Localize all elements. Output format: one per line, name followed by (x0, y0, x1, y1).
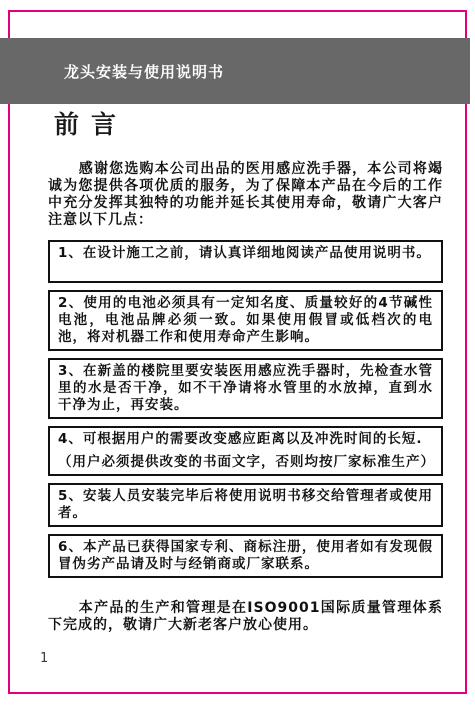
notes-list: 1、在设计施工之前，请认真详细地阅读产品使用说明书。 2、使用的电池必须具有一定… (48, 240, 443, 578)
note-text-1: 1、在设计施工之前，请认真详细地阅读产品使用说明书。 (58, 245, 433, 262)
note-text-4: 4、可根据用户的需要改变感应距离以及冲洗时间的长短. (58, 431, 433, 448)
note-text-5: 5、安装人员安装完毕后将使用说明书移交给管理者或使用者。 (58, 488, 433, 522)
note-text-2: 2、使用的电池必须具有一定知名度、质量较好的4节碱性电池，电池品牌必须一致。如果… (58, 295, 433, 346)
section-title: 前言 (54, 112, 443, 138)
page-content: 前言 感谢您选购本公司出品的医用感应洗手器，本公司将竭诚为您提供各项优质的服务，… (48, 112, 443, 634)
note-box-2: 2、使用的电池必须具有一定知名度、质量较好的4节碱性电池，电池品牌必须一致。如果… (48, 290, 443, 351)
header-band: 龙头安装与使用说明书 (0, 38, 470, 104)
note-text-6: 6、本产品已获得国家专利、商标注册，使用者如有发现假冒伪劣产品请及时与经销商或厂… (58, 539, 433, 573)
page-number: 1 (40, 651, 48, 666)
note-box-6: 6、本产品已获得国家专利、商标注册，使用者如有发现假冒伪劣产品请及时与经销商或厂… (48, 534, 443, 578)
note-box-4: 4、可根据用户的需要改变感应距离以及冲洗时间的长短. （用户必须提供改变的书面文… (48, 426, 443, 476)
closing-paragraph: 本产品的生产和管理是在ISO9001国际质量管理体系下完成的，敬请广大新老客户放… (48, 600, 443, 634)
intro-paragraph: 感谢您选购本公司出品的医用感应洗手器，本公司将竭诚为您提供各项优质的服务，为了保… (48, 161, 443, 229)
header-title: 龙头安装与使用说明书 (64, 61, 224, 82)
note-box-3: 3、在新盖的楼院里要安装医用感应洗手器时，先检查水管里的水是否干净，如不干净请将… (48, 358, 443, 419)
note-text-4-parenthetical: （用户必须提供改变的书面文字，否则均按厂家标准生产） (58, 454, 433, 471)
note-box-5: 5、安装人员安装完毕后将使用说明书移交给管理者或使用者。 (48, 483, 443, 527)
note-box-1: 1、在设计施工之前，请认真详细地阅读产品使用说明书。 (48, 240, 443, 283)
note-text-3: 3、在新盖的楼院里要安装医用感应洗手器时，先检查水管里的水是否干净，如不干净请将… (58, 363, 433, 414)
